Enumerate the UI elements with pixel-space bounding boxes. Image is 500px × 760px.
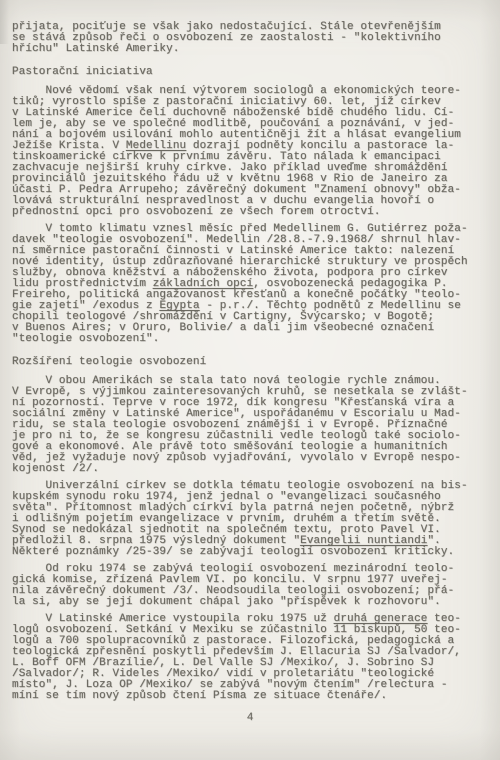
section-heading: Rozšíření teologie osvobození	[12, 357, 490, 368]
paragraph: Od roku 1974 se zabývá teologií osvoboze…	[12, 564, 490, 608]
text-line: míní se tím nový způsob čtení Písma ze s…	[12, 691, 490, 702]
paragraph: V Latinské Americe vystoupila roku 1975 …	[12, 614, 490, 702]
text-segment: Rozšíření teologie osvobození	[12, 356, 206, 368]
text-line: kojenost /2/.	[12, 464, 490, 475]
paragraph: Nové vědomí však není výtvorem sociologů…	[12, 86, 490, 218]
text-line: la si, aby se její dokument chápal jako …	[12, 597, 490, 608]
paragraph: V tomto klimatu vznesl měsíc před Medell…	[12, 224, 490, 345]
text-line: přednostní opci pro osvobození ze všech …	[12, 207, 490, 218]
text-line: "teologie osvobození".	[12, 334, 490, 345]
text-line: Pastorační iniciativa	[12, 67, 490, 78]
page-number: 4	[0, 712, 500, 724]
paragraph: Univerzální církev se dotkla tématu teol…	[12, 481, 490, 558]
section-heading: Pastorační iniciativa	[12, 67, 490, 78]
scan-edge-artifact	[0, 0, 9, 44]
text-segment: kojenost /2/.	[12, 463, 99, 475]
text-segment: la si, aby se její dokument chápal jako …	[12, 596, 441, 608]
text-segment: Některé poznámky /25-39/ se zabývají teo…	[12, 546, 454, 558]
text-line: hříchu" Latinské Ameriky.	[12, 44, 490, 55]
text-line: Některé poznámky /25-39/ se zabývají teo…	[12, 547, 490, 558]
text-segment: Pastorační iniciativa	[12, 66, 153, 78]
paragraph: V obou Amerikách se stala tato nová teol…	[12, 376, 490, 475]
text-line: Rozšíření teologie osvobození	[12, 357, 490, 368]
text-segment: míní se tím nový způsob čtení Písma ze s…	[12, 690, 387, 702]
scanned-page: { "page": { "number": "4" }, "scan": { "…	[0, 0, 500, 760]
text-segment: "teologie osvobození".	[12, 333, 159, 345]
text-segment: hříchu" Latinské Ameriky.	[12, 43, 180, 55]
text-segment: přednostní opci pro osvobození ze všech …	[12, 206, 381, 218]
document-content: přijata, pociťuje se však jako nedostaču…	[12, 22, 490, 708]
paragraph: přijata, pociťuje se však jako nedostaču…	[12, 22, 490, 55]
